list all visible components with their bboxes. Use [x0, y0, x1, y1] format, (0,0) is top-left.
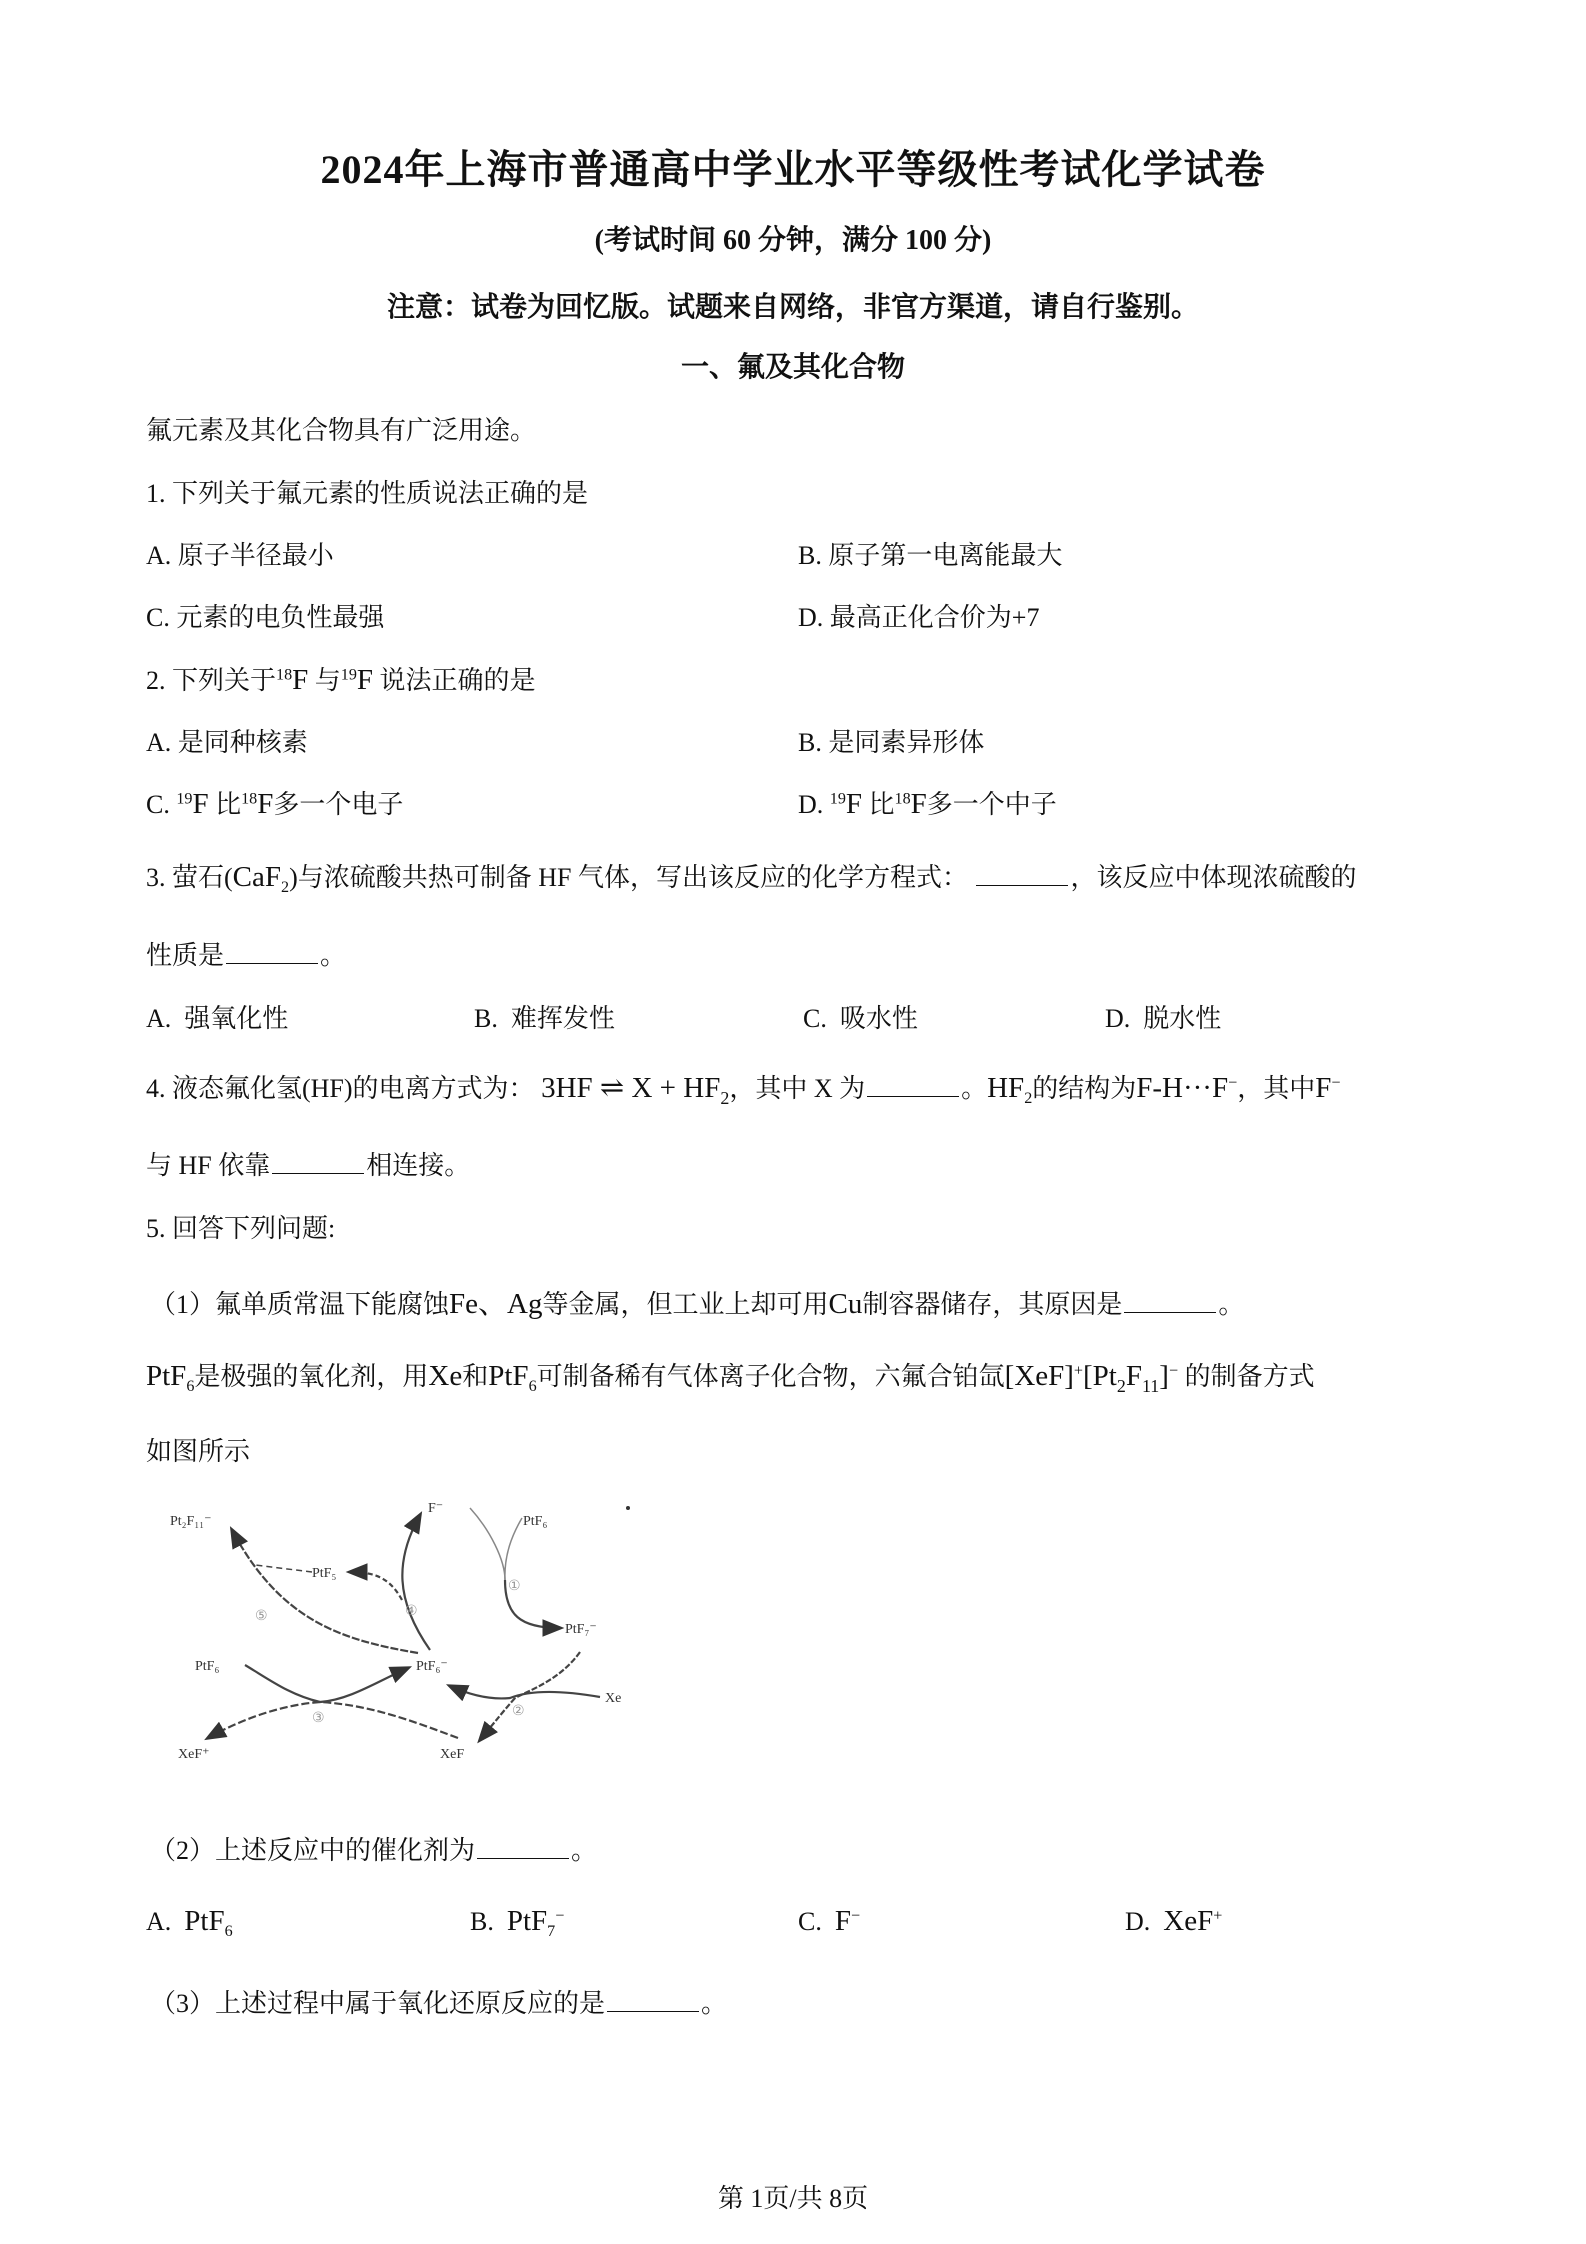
q4-stem-line2: 与 HF 依靠相连接。: [146, 1145, 470, 1182]
q5-sub2-option-b: B. PtF7−: [470, 1905, 564, 1938]
section-title: 一、氟及其化合物: [0, 345, 1586, 385]
answer-blank[interactable]: [226, 941, 318, 964]
answer-blank[interactable]: [607, 1989, 699, 2012]
step-3-marker: ③: [312, 1710, 325, 1726]
q4-stem-line1: 4. 液态氟化氢(HF)的电离方式为： 3HF ⇌ X + HF2，其中 X 为…: [146, 1068, 1340, 1105]
q5-sub1: （1）氟单质常温下能腐蚀Fe、Ag等金属，但工业上却可用Cu制容器储存，其原因是…: [150, 1281, 1244, 1322]
label-pt2f11-minus: Pt₂F₁₁⁻: [170, 1514, 212, 1529]
q5-paragraph-line1: PtF6是极强的氧化剂，用Xe和PtF6可制备稀有气体离子化合物，六氟合铂氙[X…: [146, 1356, 1315, 1393]
exam-info: (考试时间 60 分钟，满分 100 分): [0, 218, 1586, 258]
q1-stem: 1. 下列关于氟元素的性质说法正确的是: [146, 473, 588, 510]
label-ptf7-minus: PtF₇⁻: [565, 1622, 597, 1637]
step-5-marker: ⑤: [255, 1608, 268, 1624]
q1-option-c: C. 元素的电负性最强: [146, 597, 384, 634]
reaction-mechanism-diagram: Pt₂F₁₁⁻ F⁻ PtF₆ PtF₅ PtF₇⁻ PtF₆⁻ PtF₆ Xe…: [140, 1490, 680, 1790]
step-4-marker: ④: [405, 1603, 418, 1619]
q5-sub2-option-c: C. F−: [798, 1905, 860, 1938]
label-ptf6-minus-center: PtF₆⁻: [416, 1659, 448, 1674]
q3-option-c: C. 吸水性: [803, 998, 918, 1035]
answer-blank[interactable]: [477, 1836, 569, 1859]
answer-blank[interactable]: [867, 1074, 959, 1097]
page-indicator: 第 1页/共 8页: [0, 2178, 1586, 2215]
q5-sub3-stem: （3）上述过程中属于氧化还原反应的是。: [150, 1983, 727, 2020]
answer-blank[interactable]: [272, 1151, 364, 1174]
exam-title: 2024年上海市普通高中学业水平等级性考试化学试卷: [0, 138, 1586, 195]
label-xe: Xe: [605, 1691, 621, 1706]
intro-text: 氟元素及其化合物具有广泛用途。: [146, 410, 536, 447]
label-f-minus-top: F⁻: [428, 1501, 443, 1516]
q1-option-a: A. 原子半径最小: [146, 535, 334, 572]
label-xef: XeF: [440, 1747, 464, 1762]
q1-option-d: D. 最高正化合价为+7: [798, 597, 1039, 634]
stray-dot: [626, 1506, 630, 1510]
q3-stem-line1: 3. 萤石(CaF2)与浓硫酸共热可制备 HF 气体，写出该反应的化学方程式： …: [146, 857, 1357, 894]
label-ptf6-left: PtF₆: [195, 1659, 219, 1674]
q5-sub2-option-a: A. PtF6: [146, 1905, 233, 1938]
step-1-marker: ①: [508, 1578, 521, 1594]
q2-option-b: B. 是同素异形体: [798, 722, 984, 759]
q2-option-a: A. 是同种核素: [146, 722, 308, 759]
label-ptf5: PtF₅: [312, 1566, 336, 1581]
q1-option-b: B. 原子第一电离能最大: [798, 535, 1062, 572]
q5-paragraph-line2: 如图所示: [146, 1431, 250, 1468]
answer-blank[interactable]: [1124, 1290, 1216, 1313]
q3-stem-line2: 性质是。: [146, 935, 346, 972]
reaction-cycle-figure: Pt₂F₁₁⁻ F⁻ PtF₆ PtF₅ PtF₇⁻ PtF₆⁻ PtF₆ Xe…: [140, 1490, 680, 1790]
label-ptf6-top: PtF₆: [523, 1514, 547, 1529]
q3-option-a: A. 强氧化性: [146, 998, 288, 1035]
equation: 3HF ⇌ X + HF2: [541, 1072, 729, 1104]
q2-option-d: D. 19F 比18F多一个中子: [798, 784, 1057, 821]
q3-option-d: D. 脱水性: [1105, 998, 1221, 1035]
q2-stem: 2. 下列关于18F 与19F 说法正确的是: [146, 660, 536, 697]
q5-sub2-option-d: D. XeF+: [1125, 1905, 1222, 1938]
label-xef-plus: XeF⁺: [178, 1747, 210, 1762]
q2-option-c: C. 19F 比18F多一个电子: [146, 784, 403, 821]
q5-stem: 5. 回答下列问题:: [146, 1208, 335, 1245]
q5-sub2-stem: （2）上述反应中的催化剂为。: [150, 1830, 597, 1867]
notice: 注意：试卷为回忆版。试题来自网络，非官方渠道，请自行鉴别。: [0, 285, 1586, 325]
answer-blank[interactable]: [976, 863, 1068, 886]
q3-option-b: B. 难挥发性: [474, 998, 615, 1035]
step-2-marker: ②: [512, 1703, 525, 1719]
